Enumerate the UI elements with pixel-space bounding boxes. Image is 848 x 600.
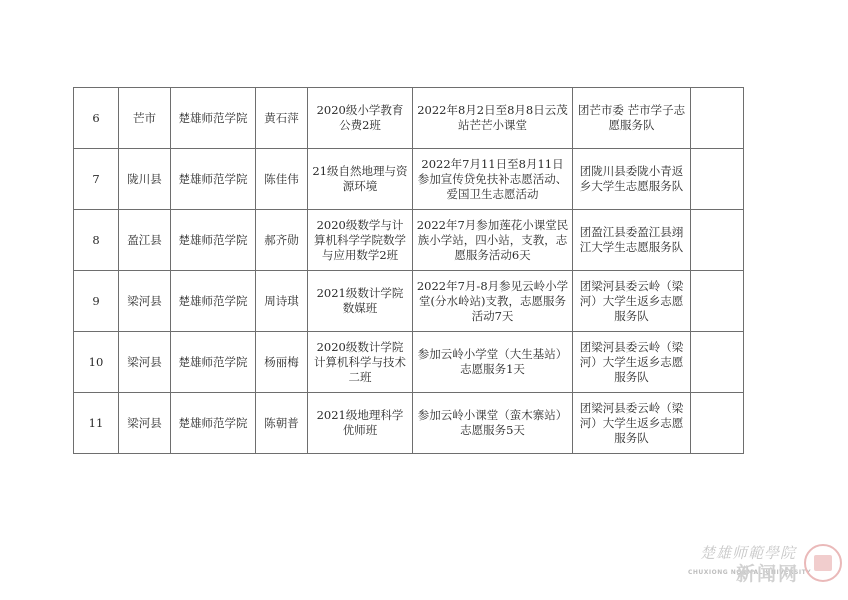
cell-school: 楚雄师范学院 [171,332,256,393]
cell-team: 团陇川县委陇小青返乡大学生志愿服务队 [573,149,691,210]
cell-class: 2020级数学与计算机科学学院数学与应用数学2班 [308,210,413,271]
cell-team: 团芒市委 芒市学子志愿服务队 [573,88,691,149]
cell-region: 梁河县 [119,332,171,393]
cell-name: 杨丽梅 [256,332,308,393]
cell-activity: 参加云岭小课堂（蛮木寨站）志愿服务5天 [413,393,573,454]
cell-class: 2020级小学教育公费2班 [308,88,413,149]
cell-team: 团梁河县委云岭（梁河）大学生返乡志愿服务队 [573,393,691,454]
table-row: 9梁河县楚雄师范学院周诗琪2021级数计学院数媒班2022年7月-8月参见云岭小… [74,271,744,332]
cell-index: 9 [74,271,119,332]
cell-remark [691,332,744,393]
table-row: 10梁河县楚雄师范学院杨丽梅2020级数计学院计算机科学与技术二班参加云岭小学堂… [74,332,744,393]
cell-activity: 2022年7月参加莲花小课堂民族小学站，四小站，支教，志愿服务活动6天 [413,210,573,271]
watermark-site-name: 新闻网 [736,559,799,586]
cell-region: 梁河县 [119,393,171,454]
cell-region: 盈江县 [119,210,171,271]
cell-name: 郝齐勋 [256,210,308,271]
cell-remark [691,393,744,454]
cell-class: 2021级数计学院数媒班 [308,271,413,332]
university-seal-icon [804,544,842,582]
cell-class: 2021级地理科学优师班 [308,393,413,454]
volunteer-table: 6芒市楚雄师范学院黄石萍2020级小学教育公费2班2022年8月2日至8月8日云… [73,87,744,454]
cell-name: 陈佳伟 [256,149,308,210]
table-row: 11梁河县楚雄师范学院陈朝普2021级地理科学优师班参加云岭小课堂（蛮木寨站）志… [74,393,744,454]
cell-team: 团梁河县委云岭（梁河）大学生返乡志愿服务队 [573,332,691,393]
cell-team: 团盈江县委盈江县翊江大学生志愿服务队 [573,210,691,271]
table-row: 7陇川县楚雄师范学院陈佳伟21级自然地理与资源环境2022年7月11日至8月11… [74,149,744,210]
cell-activity: 2022年7月-8月参见云岭小学堂(分水岭站)支教，志愿服务活动7天 [413,271,573,332]
cell-index: 10 [74,332,119,393]
cell-school: 楚雄师范学院 [171,393,256,454]
cell-class: 2020级数计学院计算机科学与技术二班 [308,332,413,393]
cell-school: 楚雄师范学院 [171,149,256,210]
cell-class: 21级自然地理与资源环境 [308,149,413,210]
cell-activity: 2022年7月11日至8月11日参加宣传贷免扶补志愿活动、爱国卫生志愿活动 [413,149,573,210]
cell-name: 周诗琪 [256,271,308,332]
cell-name: 陈朝普 [256,393,308,454]
document-page: 6芒市楚雄师范学院黄石萍2020级小学教育公费2班2022年8月2日至8月8日云… [0,0,848,600]
cell-remark [691,88,744,149]
cell-index: 6 [74,88,119,149]
cell-school: 楚雄师范学院 [171,88,256,149]
cell-activity: 参加云岭小学堂（大生基站）志愿服务1天 [413,332,573,393]
cell-activity: 2022年8月2日至8月8日云茂站芒芒小课堂 [413,88,573,149]
cell-remark [691,271,744,332]
cell-region: 梁河县 [119,271,171,332]
cell-team: 团梁河县委云岭（梁河）大学生返乡志愿服务队 [573,271,691,332]
table-row: 6芒市楚雄师范学院黄石萍2020级小学教育公费2班2022年8月2日至8月8日云… [74,88,744,149]
news-site-watermark: 楚雄师範學院 CHUXIONG NORMAL UNIVERSITY 新闻网 [692,542,842,592]
cell-remark [691,210,744,271]
cell-name: 黄石萍 [256,88,308,149]
cell-school: 楚雄师范学院 [171,210,256,271]
cell-region: 陇川县 [119,149,171,210]
cell-region: 芒市 [119,88,171,149]
cell-index: 11 [74,393,119,454]
cell-school: 楚雄师范学院 [171,271,256,332]
cell-remark [691,149,744,210]
cell-index: 7 [74,149,119,210]
table-row: 8盈江县楚雄师范学院郝齐勋2020级数学与计算机科学学院数学与应用数学2班202… [74,210,744,271]
cell-index: 8 [74,210,119,271]
